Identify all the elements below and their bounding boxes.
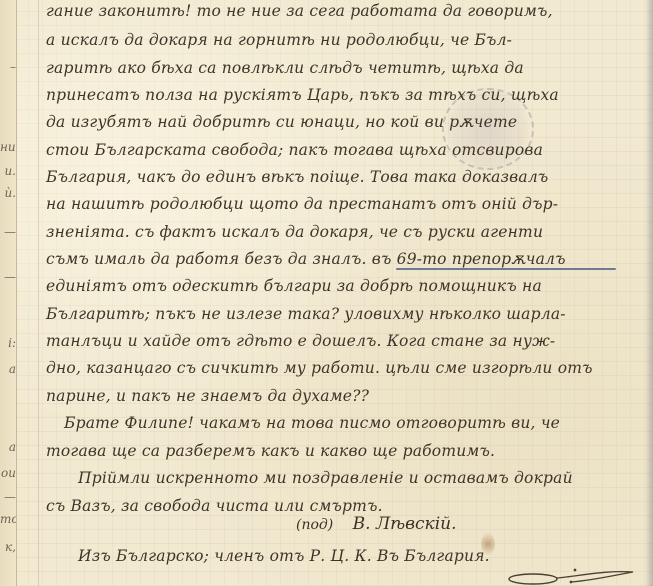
letter-line: единіятъ отъ одескитѣ българи за добрѣ п… <box>46 276 542 296</box>
margin-fragment: ѝ. <box>0 186 16 200</box>
letter-line: България, чакъ до единъ вѣкъ поіще. Това… <box>46 167 548 187</box>
letter-line: стои Българската свобода; пакъ тогава щѣ… <box>46 140 543 160</box>
margin-fragment: к, <box>0 540 16 554</box>
letter-line: съ Вазъ, за свобода чиста или смъртъ. <box>46 496 383 516</box>
margin-fragment: а <box>0 362 16 376</box>
letter-line: да изгубятъ най добритѣ си юнаци, но кой… <box>46 112 517 132</box>
letter-line: тогава ще са разберемъ какъ и какво ще р… <box>46 441 495 461</box>
signature-name: В. Лѣвскій. <box>353 514 457 534</box>
letter-line: а искалъ да докаря на горнитѣ ни родолюб… <box>46 30 512 50</box>
margin-fragment: — <box>0 225 16 239</box>
ink-underline <box>396 268 616 270</box>
letter-line: танлъци и хайде отъ гдѣто е дошелъ. Кога… <box>46 331 555 351</box>
letter-line: паринe, и пакъ не знаемъ да духаме?? <box>46 386 369 406</box>
letter-line: Пріймли искренното ми поздравленіе и ост… <box>78 468 573 488</box>
letter-line: съмъ ималь да работя безъ да зналъ. въ 6… <box>46 249 566 269</box>
letter-line: ганиe законитѣ! то не ние за сега работа… <box>46 1 553 21</box>
signature-flourish <box>505 566 635 586</box>
letter-line: гаритѣ ако бѣха са повлѣкли слѣдъ четитѣ… <box>46 58 524 78</box>
adjacent-page-strip: – ни, и. ѝ. — — і: а а ои — то к, <box>0 0 17 586</box>
letter-page: – ни, и. ѝ. — — і: а а ои — то к, ганиe … <box>0 0 653 586</box>
signature-prefix: (под) <box>296 517 333 533</box>
margin-fragment: ни, <box>0 140 16 154</box>
page-edge-shadow <box>645 0 653 586</box>
margin-fragment: то <box>0 512 16 526</box>
margin-fragment: — <box>0 490 16 504</box>
letter-line: принесатъ полза на рускіятъ Царь, пъкъ з… <box>46 85 559 105</box>
letter-line: Брате Филипе! чакамъ на това писмо отгов… <box>64 413 560 433</box>
closing-line: Изъ Българско; членъ отъ Р. Ц. К. Въ Бъл… <box>78 546 490 566</box>
letter-line: дно, казанцаго съ сичкитѣ му работи. цѣл… <box>46 358 593 378</box>
margin-fragment: — <box>0 270 16 284</box>
letter-line: Българитѣ; пъкъ не излезе така? уловихму… <box>46 304 566 324</box>
margin-fragment: и. <box>0 164 16 178</box>
letter-line: на нашитѣ родолюбци щото да престанатъ о… <box>46 194 558 214</box>
margin-fragment: – <box>0 60 16 74</box>
signature: (под) В. Лѣвскій. <box>296 514 457 534</box>
margin-fragment: і: <box>0 336 16 350</box>
margin-rule <box>38 0 39 586</box>
letter-line: зненіята. съ фактъ искалъ да докаря, че … <box>46 222 543 242</box>
margin-fragment: а <box>0 440 16 454</box>
margin-fragment: ои <box>0 466 16 480</box>
